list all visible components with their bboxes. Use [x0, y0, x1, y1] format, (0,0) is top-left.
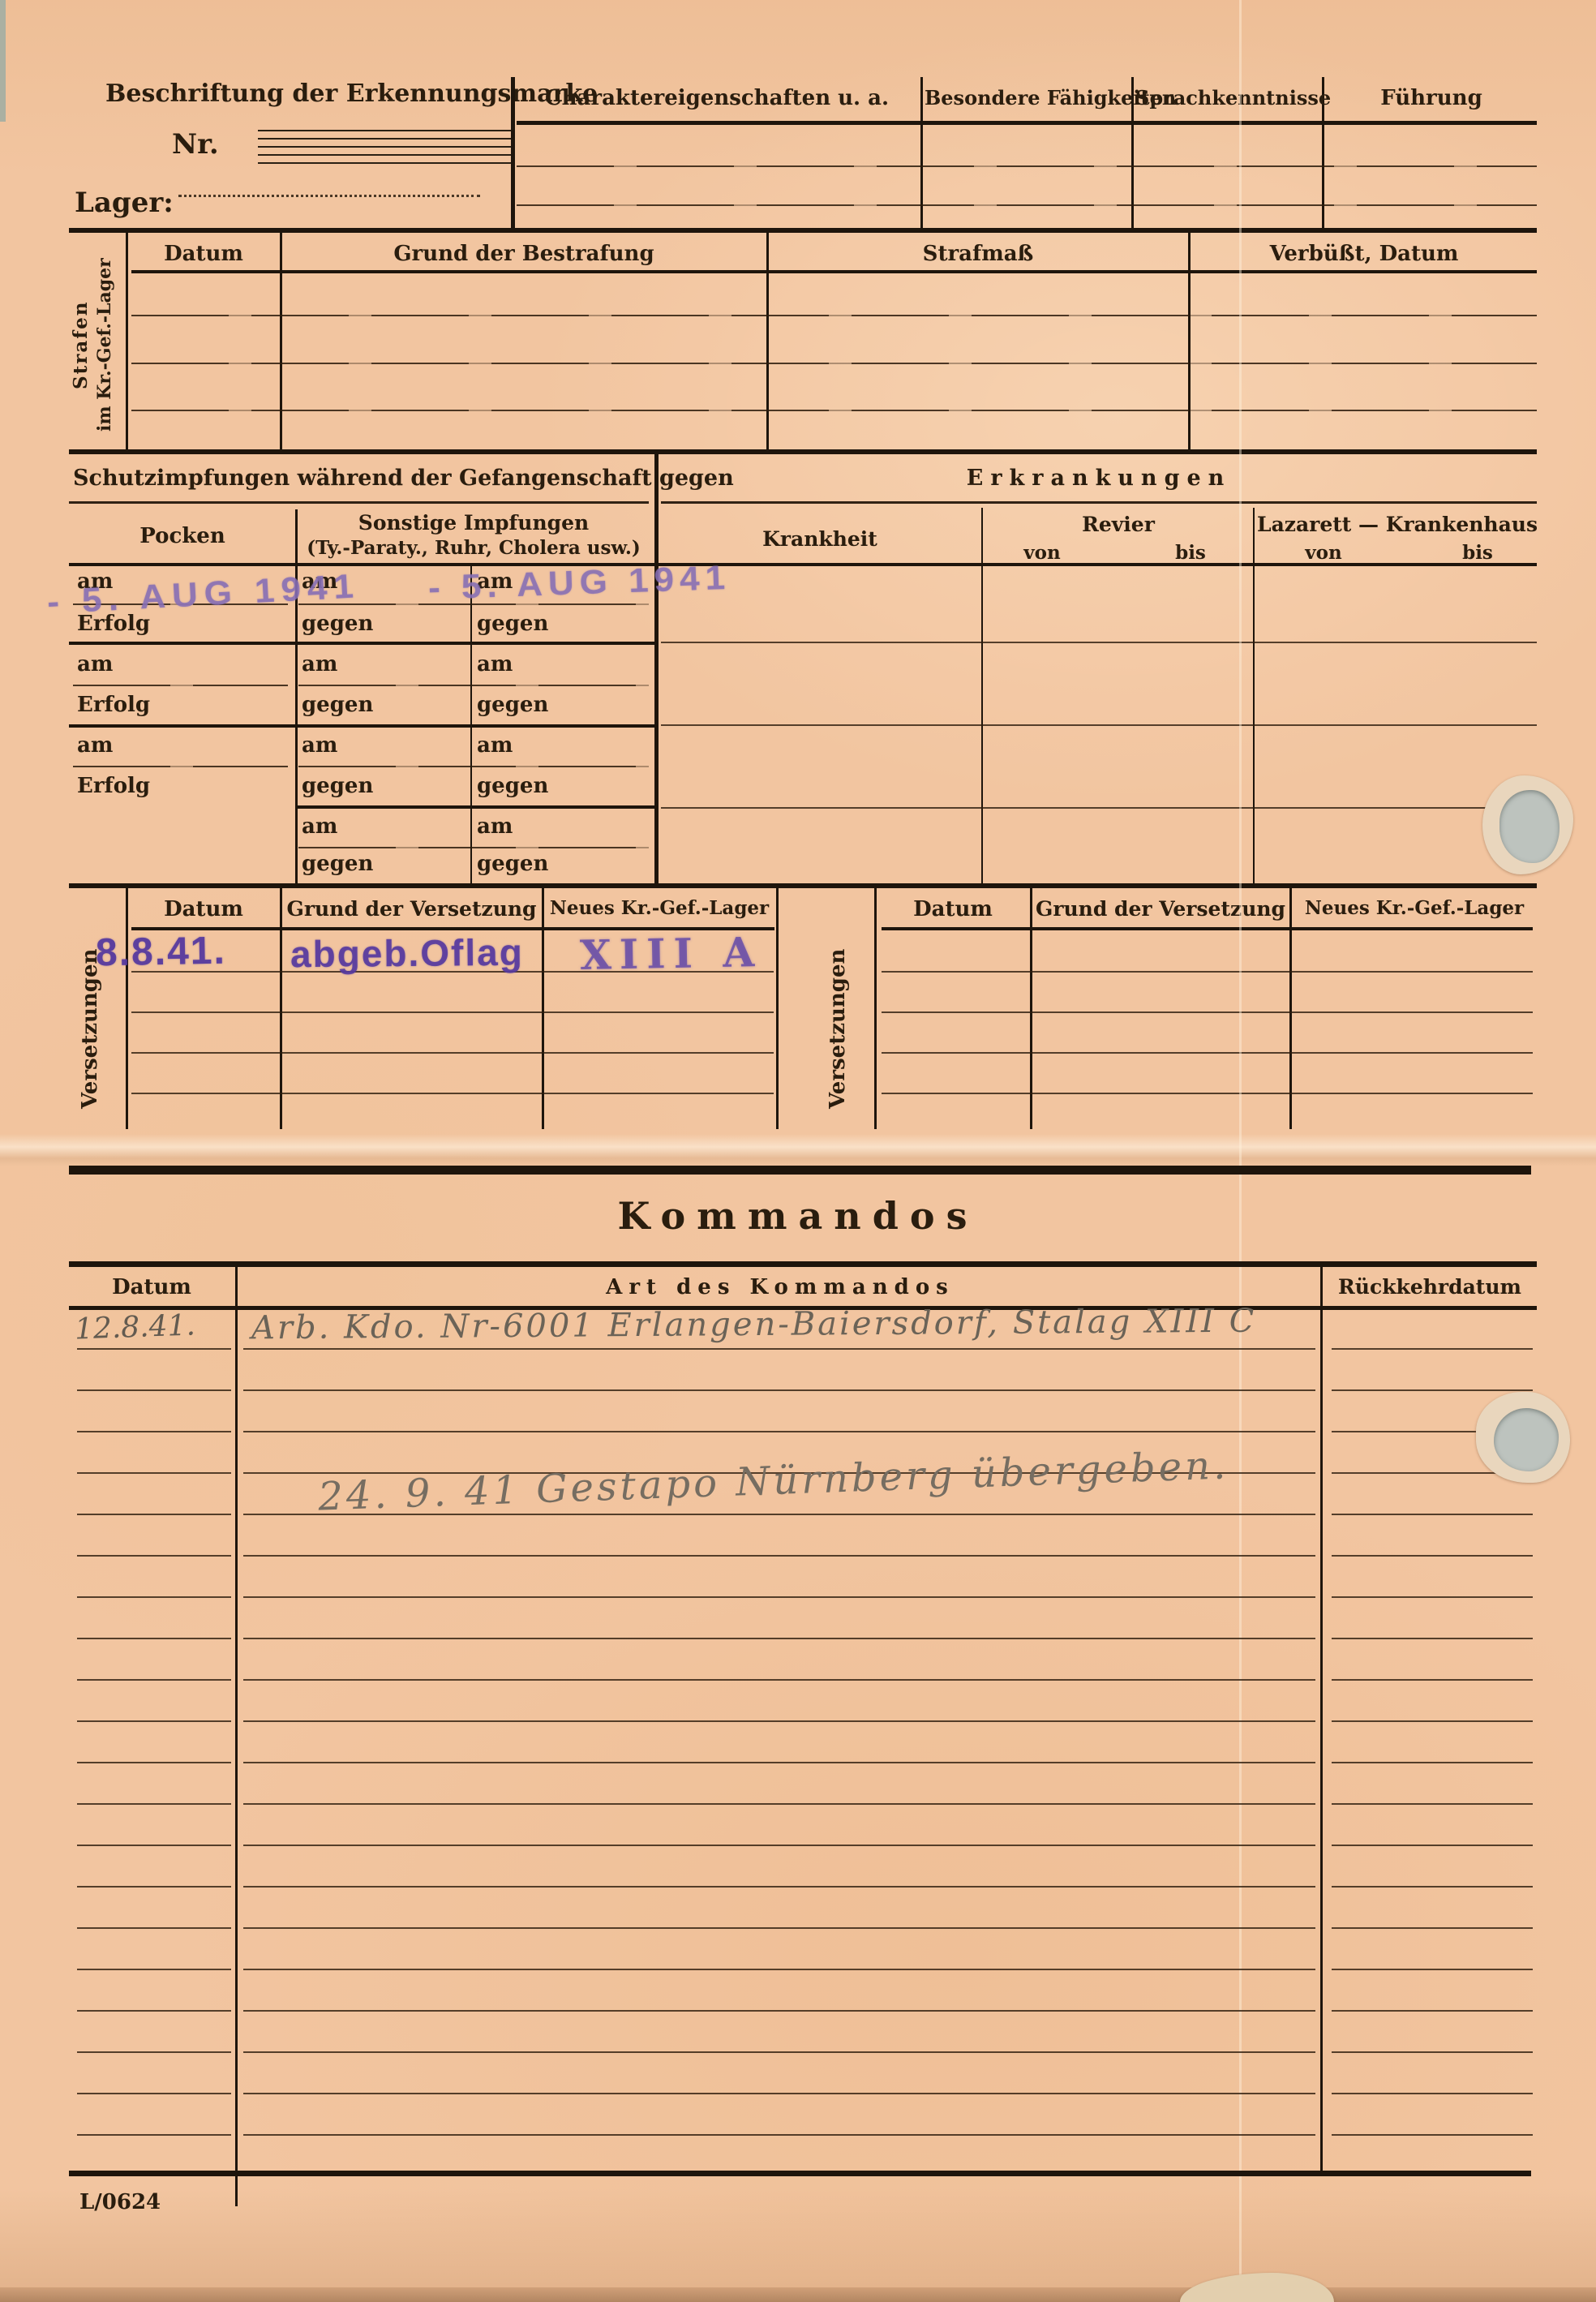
kommandos-h-rueckkehr: Rückkehrdatum — [1324, 1275, 1536, 1299]
revier-label: Revier — [985, 513, 1251, 536]
sonstige1-gegen-label: gegen — [302, 852, 373, 876]
sonstige2-gegen-label: gegen — [477, 612, 548, 636]
punch-hole — [1494, 1408, 1559, 1471]
vz-left-h-neues: Neues Kr.-Gef.-Lager — [545, 897, 774, 919]
lazarett-label: Lazarett — Krankenhaus — [1257, 513, 1537, 536]
rule-medium — [69, 501, 649, 504]
sonstige1-am-label: am — [302, 814, 337, 839]
rule-light — [517, 165, 1537, 167]
col-besondere-faehigkeiten: Besondere Fähigkeiten — [925, 86, 1129, 110]
sonstige-label-1: Sonstige Impfungen — [298, 511, 649, 535]
rule-heavy — [131, 270, 1537, 273]
column-divider — [776, 888, 779, 1129]
rule-heavy — [69, 1166, 1531, 1175]
sonstige1-gegen-label: gegen — [302, 693, 373, 717]
krankheit-label: Krankheit — [661, 527, 979, 551]
rule-heavy — [69, 1261, 1537, 1267]
column-divider — [1188, 233, 1191, 450]
rule-heavy — [69, 883, 1537, 888]
strafen-h-grund: Grund der Bestrafung — [284, 242, 764, 266]
rule-light — [131, 363, 1537, 364]
impfungen-title: Schutzimpfungen während der Gefangenscha… — [73, 466, 649, 491]
column-divider — [511, 77, 515, 230]
kommandos-h-art: Art des Kommandos — [242, 1275, 1319, 1299]
bottom-edge-chip — [1180, 2273, 1334, 2302]
versetzungen-side-label-right: Versetzungen — [826, 931, 853, 1126]
pocken-am-label: am — [77, 652, 113, 676]
pow-record-card-back: { "header": { "beschriftung_title": "Bes… — [0, 0, 1596, 2302]
vz-right-h-neues: Neues Kr.-Gef.-Lager — [1294, 897, 1535, 919]
transfer-reason-stamp: abgeb.Oflag — [290, 930, 524, 977]
sonstige2-am-label: am — [477, 652, 513, 676]
rule-light — [298, 766, 649, 767]
transfer-date-stamp: 8.8.41. — [96, 929, 227, 976]
strafen-side-label-2: im Kr.-Gef.-Lager — [94, 239, 118, 450]
column-divider — [920, 77, 923, 230]
rule-heavy — [69, 724, 654, 728]
strafen-side-label-1: Strafen — [70, 243, 94, 446]
fold-crease — [0, 1134, 1596, 1166]
section-divider — [654, 453, 659, 884]
kommandos-datum-row-lines — [77, 1308, 231, 2175]
vz-left-h-grund: Grund der Versetzung — [284, 897, 539, 921]
sonstige1-gegen-label: gegen — [302, 612, 373, 636]
vz-right-row-lines — [882, 932, 1533, 1132]
rule-heavy — [69, 449, 1537, 454]
scan-edge-bottom — [0, 2287, 1596, 2302]
sonstige2-gegen-label: gegen — [477, 774, 548, 798]
kommandos-art-row-lines — [243, 1308, 1315, 2175]
strafen-h-datum: Datum — [130, 242, 277, 266]
vz-left-h-datum: Datum — [130, 897, 277, 921]
rule-light — [131, 410, 1537, 411]
strafen-h-verbuesst: Verbüßt, Datum — [1192, 242, 1536, 266]
column-divider — [126, 888, 128, 1129]
nr-label: Nr. — [172, 128, 219, 161]
column-divider — [766, 233, 769, 450]
pocken-am-label: am — [77, 733, 113, 758]
rule-heavy — [517, 121, 1537, 125]
rule-light — [298, 847, 649, 848]
sonstige1-gegen-label: gegen — [302, 774, 373, 798]
col-charaktereigenschaften: Charaktereigenschaften u. a. — [519, 86, 915, 110]
scan-edge-left — [0, 0, 6, 122]
rule-heavy — [882, 927, 1533, 930]
kommando-entry-date: 12.8.41. — [74, 1308, 195, 1346]
beschriftung-title: Beschriftung der Erkennungsmarke — [105, 79, 487, 108]
sonstige2-gegen-label: gegen — [477, 852, 548, 876]
nr-filled-lines — [258, 130, 511, 167]
sonstige1-am-label: am — [302, 733, 337, 758]
strafen-h-strafmass: Strafmaß — [770, 242, 1186, 266]
vz-right-h-grund: Grund der Versetzung — [1034, 897, 1287, 921]
rule-light — [73, 766, 288, 767]
col-sprachkenntnisse: Sprachkenntnisse — [1135, 86, 1319, 110]
print-code: L/0624 — [79, 2190, 161, 2214]
rule-light — [517, 204, 1537, 206]
kommandos-h-datum: Datum — [71, 1275, 232, 1299]
sonstige1-am-label: am — [302, 652, 337, 676]
rule-light — [131, 315, 1537, 316]
transfer-newcamp-stamp: XIII A — [580, 928, 763, 979]
pocken-label: Pocken — [73, 524, 292, 548]
rule-light — [73, 685, 288, 686]
column-divider — [874, 888, 877, 1129]
pocken-erfolg-label: Erfolg — [77, 774, 150, 798]
rule-light — [298, 685, 649, 686]
col-fuehrung: Führung — [1327, 86, 1536, 110]
rule-medium — [661, 501, 1537, 504]
lager-answer-line — [178, 195, 480, 197]
erkrankungen-row-lines — [661, 560, 1537, 880]
pocken-erfolg-label: Erfolg — [77, 693, 150, 717]
kommandos-title: Kommandos — [474, 1194, 1122, 1238]
sonstige2-gegen-label: gegen — [477, 693, 548, 717]
kommando-entry-text: Arb. Kdo. Nr-6001 Erlangen-Baiersdorf, S… — [251, 1303, 1257, 1347]
rule-heavy — [69, 228, 1537, 233]
vz-right-h-datum: Datum — [878, 897, 1028, 921]
rule-heavy — [295, 805, 654, 809]
lager-label: Lager: — [75, 187, 174, 219]
erkrankungen-title: Erkrankungen — [661, 466, 1537, 491]
punch-hole — [1499, 790, 1560, 863]
rule-heavy — [69, 2171, 1531, 2176]
sonstige2-am-label: am — [477, 814, 513, 839]
column-divider — [126, 233, 128, 450]
column-divider — [1320, 1261, 1323, 2174]
rule-heavy — [69, 642, 654, 645]
column-divider — [235, 1261, 238, 2206]
column-divider — [280, 233, 282, 450]
sonstige2-am-label: am — [477, 733, 513, 758]
sonstige-label-2: (Ty.-Paraty., Ruhr, Cholera usw.) — [298, 537, 649, 559]
